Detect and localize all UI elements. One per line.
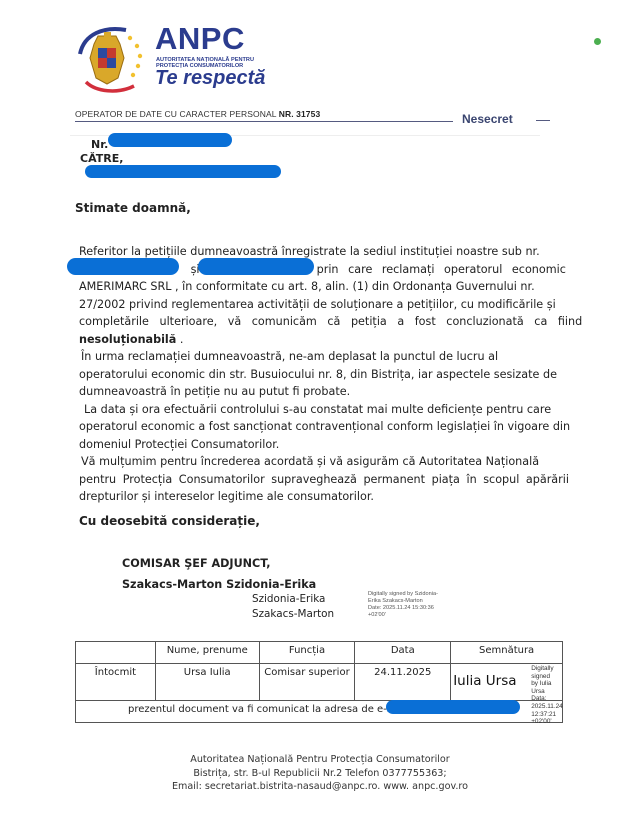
redaction-mark — [85, 165, 281, 178]
digital-signature-meta: Digitally signed by Szidonia- Erika Szak… — [368, 591, 438, 619]
body-line: La data și ora efectuării controlului s-… — [79, 401, 563, 419]
romanian-coat-of-arms-logo — [74, 24, 148, 94]
body-line: pentru Protecția Consumatorilor supraveg… — [79, 471, 563, 489]
body-line: AMERIMARC SRL , în conformitate cu art. … — [79, 278, 563, 296]
table-header-cell: Semnătura — [451, 642, 563, 664]
footer-line: Autoritatea Națională Pentru Protecția C… — [0, 753, 640, 767]
digital-signature-name-line: Szakacs-Marton — [252, 607, 334, 622]
signature-meta-line: by Iulia Ursa — [531, 680, 563, 695]
body-line: Vă mulțumim pentru încrederea acordată ș… — [79, 453, 563, 471]
body-line: drepturilor și intereselor legitime ale … — [79, 488, 563, 506]
signature-meta-line: 12:37:21 +02'00' — [531, 711, 563, 726]
redaction-mark — [67, 258, 179, 275]
signature-meta-line: Data: 2025.11.24 — [531, 695, 563, 710]
conclusion-text: nesoluționabilă — [79, 333, 176, 346]
salutation: Stimate doamnă, — [75, 200, 191, 218]
signature-meta-line: +02'00' — [368, 612, 438, 619]
operator-number: NR. 31753 — [279, 109, 321, 119]
date-cell: 24.11.2025 — [355, 664, 451, 701]
signatory-title: COMISAR ŞEF ADJUNCT, — [122, 555, 271, 573]
signature-meta-line: Date: 2025.11.24 15:30:36 — [368, 605, 438, 612]
body-line: completările ulterioare, vă comunicăm că… — [79, 313, 563, 331]
punctuation: . — [176, 333, 183, 346]
brand-title: ANPC — [155, 22, 245, 56]
table-header-row: Nume, prenume Funcția Data Semnătura — [76, 642, 563, 664]
operator-label: OPERATOR DE DATE CU CARACTER PERSONAL — [75, 109, 276, 119]
table-header-cell: Funcția — [259, 642, 355, 664]
signature-meta-line: Digitally signed — [531, 665, 563, 680]
page-footer: Autoritatea Națională Pentru Protecția C… — [0, 753, 640, 794]
body-line: dumneavoastră în petiție nu au putut fi … — [79, 383, 563, 401]
digital-signature-name-line: Szidonia-Erika — [252, 592, 334, 607]
redaction-mark — [198, 258, 314, 275]
redaction-mark — [108, 133, 232, 147]
table-row: Întocmit Ursa Iulia Comisar superior 24.… — [76, 664, 563, 701]
signature-name: Iulia Ursa — [453, 673, 516, 689]
letter-body: Referitor la petițiile dumneavoastră înr… — [79, 243, 563, 506]
closing-phrase: Cu deosebită considerație, — [79, 513, 260, 531]
name-cell: Ursa Iulia — [155, 664, 259, 701]
body-line: În urma reclamației dumneavoastră, ne-am… — [79, 348, 563, 366]
brand-tagline: Te respectă — [155, 67, 265, 90]
signature-meta: Digitally signed by Iulia Ursa Data: 202… — [531, 665, 563, 726]
body-line: operatorului economic din str. Busuiocul… — [79, 366, 563, 384]
signature-meta-line: Erika Szakacs-Marton — [368, 598, 438, 605]
body-line: 27/2002 privind reglementarea activități… — [79, 296, 563, 314]
body-line: domeniul Protecției Consumatorilor. — [79, 436, 563, 454]
function-cell: Comisar superior — [259, 664, 355, 701]
signature-cell: Iulia Ursa Digitally signed by Iulia Urs… — [451, 664, 563, 701]
role-cell: Întocmit — [76, 664, 156, 701]
redaction-mark — [386, 700, 520, 714]
classification-label: Nesecret — [462, 112, 513, 126]
status-dot-icon — [594, 38, 601, 45]
body-line: operatorul economic a fost sancționat co… — [79, 418, 563, 436]
digital-signature-name: Szidonia-Erika Szakacs-Marton — [252, 592, 334, 622]
body-line: nesoluționabilă . — [79, 331, 563, 349]
footer-line: Email: secretariat.bistrita-nasaud@anpc.… — [0, 780, 640, 794]
table-header-cell — [76, 642, 156, 664]
data-operator-line: OPERATOR DE DATE CU CARACTER PERSONAL NR… — [75, 109, 320, 119]
signatory-name: Szakacs-Marton Szidonia-Erika — [122, 576, 316, 594]
footer-line: Bistrița, str. B-ul Republicii Nr.2 Tele… — [0, 767, 640, 781]
body-text: prin care reclamați operatorul economic — [317, 263, 566, 276]
table-header-cell: Data — [355, 642, 451, 664]
table-header-cell: Nume, prenume — [155, 642, 259, 664]
classification-dash — [536, 120, 550, 121]
signature-meta-line: Digitally signed by Szidonia- — [368, 591, 438, 598]
header-divider — [75, 121, 453, 122]
